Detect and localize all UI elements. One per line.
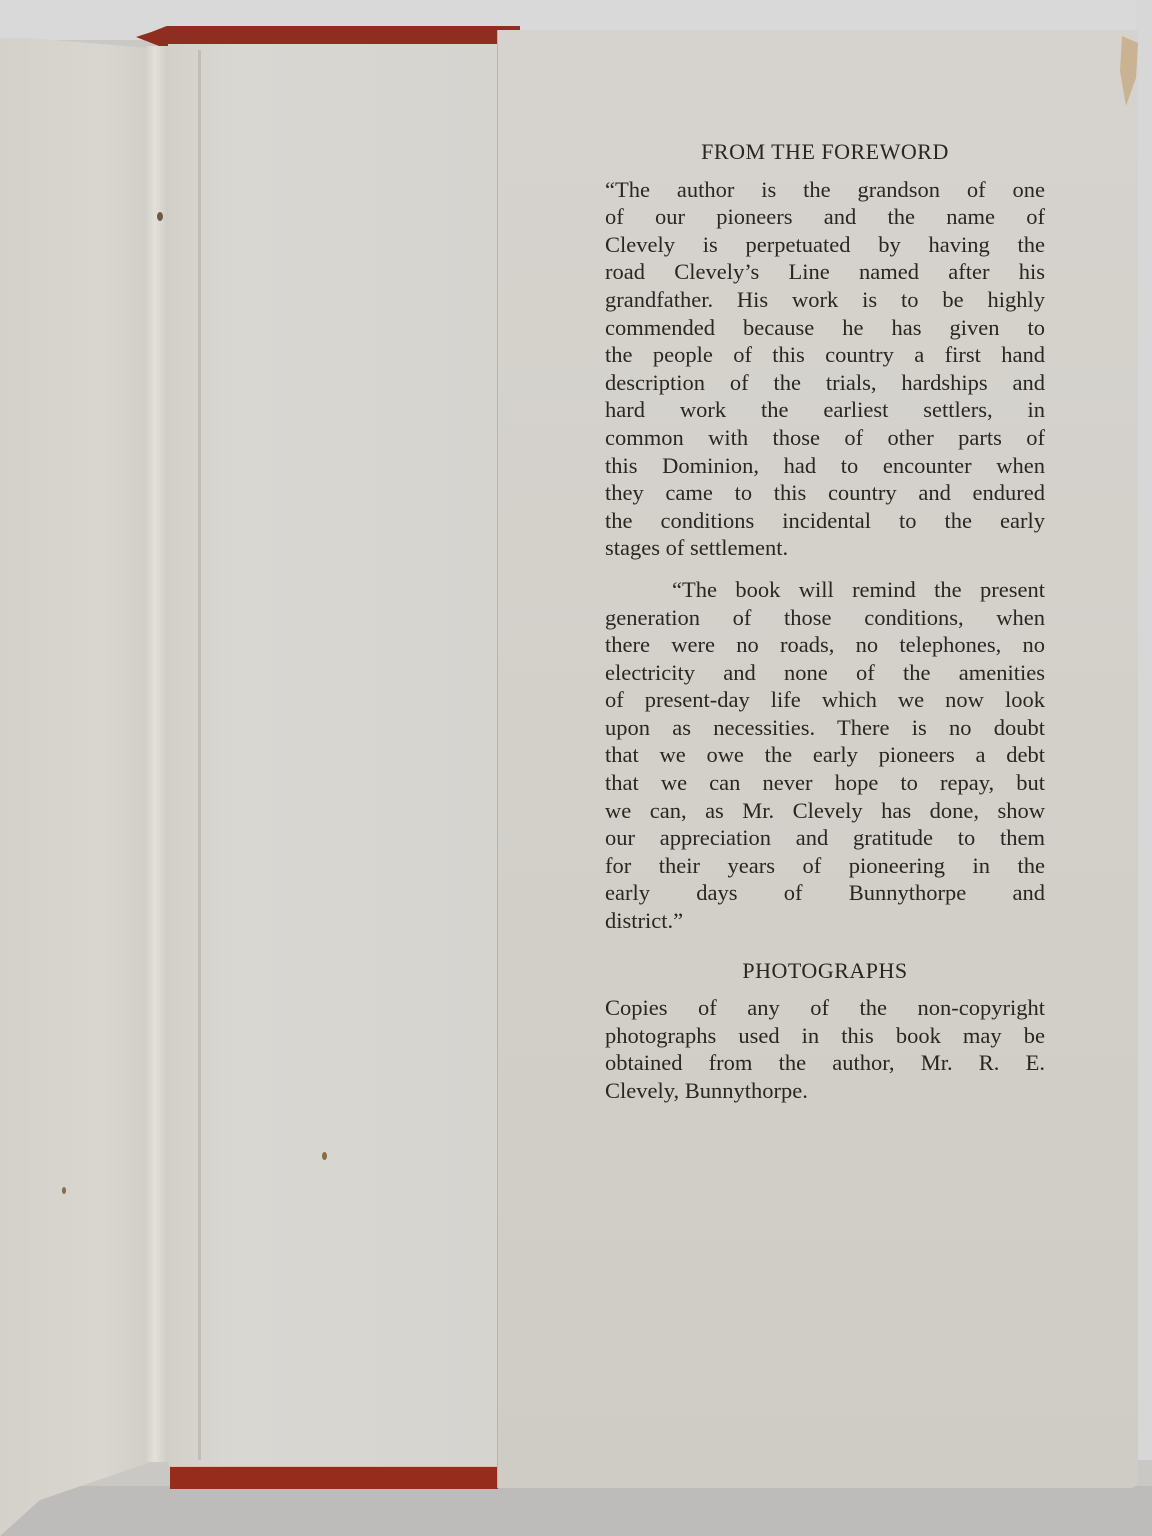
text-line: early days of Bunnythorpe and xyxy=(605,879,1045,907)
cloth-board-top-edge xyxy=(136,26,520,46)
text-line: for their years of pioneering in the xyxy=(605,852,1045,880)
text-line: our appreciation and gratitude to them xyxy=(605,824,1045,852)
text-line: they came to this country and endured xyxy=(605,479,1045,507)
text-line: of our pioneers and the name of xyxy=(605,203,1045,231)
flap-text-block: FROM THE FOREWORD “The author is the gra… xyxy=(605,138,1045,1105)
text-line: “The book will remind the present xyxy=(605,576,1045,604)
foxing-spot xyxy=(62,1187,66,1194)
foxing-spot xyxy=(157,212,163,221)
text-line: we can, as Mr. Clevely has done, show xyxy=(605,797,1045,825)
text-line: Clevely, Bunnythorpe. xyxy=(605,1077,1045,1105)
text-line: district.” xyxy=(605,907,1045,935)
heading-foreword: FROM THE FOREWORD xyxy=(605,138,1045,166)
table-surface xyxy=(0,1486,1152,1536)
text-line: hard work the earliest settlers, in xyxy=(605,396,1045,424)
text-line: commended because he has given to xyxy=(605,314,1045,342)
book-hinge xyxy=(146,46,169,1462)
text-line: Clevely is perpetuated by having the xyxy=(605,231,1045,259)
text-line: “The author is the grandson of one xyxy=(605,176,1045,204)
text-line: obtained from the author, Mr. R. E. xyxy=(605,1049,1045,1077)
text-line: photographs used in this book may be xyxy=(605,1022,1045,1050)
text-line: the conditions incidental to the early xyxy=(605,507,1045,535)
text-line: grandfather. His work is to be highly xyxy=(605,286,1045,314)
endpaper-crease xyxy=(198,50,201,1460)
text-line: there were no roads, no telephones, no xyxy=(605,631,1045,659)
flyleaf-page xyxy=(0,0,148,1536)
foxing-spot xyxy=(322,1152,327,1160)
text-line: description of the trials, hardships and xyxy=(605,369,1045,397)
pastedown-endpaper xyxy=(168,44,500,1466)
text-line: this Dominion, had to encounter when xyxy=(605,452,1045,480)
foreword-paragraph-1: “The author is the grandson of one of ou… xyxy=(605,176,1045,562)
background-wall-right xyxy=(1136,0,1152,1460)
text-line: road Clevely’s Line named after his xyxy=(605,258,1045,286)
text-line: common with those of other parts of xyxy=(605,424,1045,452)
photographs-paragraph: Copies of any of the non-copyright photo… xyxy=(605,994,1045,1104)
text-line: of present-day life which we now look xyxy=(605,686,1045,714)
text-line: generation of those conditions, when xyxy=(605,604,1045,632)
text-line: that we can never hope to repay, but xyxy=(605,769,1045,797)
cloth-board-bottom-edge xyxy=(170,1465,498,1489)
text-line: the people of this country a first hand xyxy=(605,341,1045,369)
text-line: electricity and none of the amenities xyxy=(605,659,1045,687)
heading-photographs: PHOTOGRAPHS xyxy=(605,957,1045,985)
text-line: Copies of any of the non-copyright xyxy=(605,994,1045,1022)
text-line: stages of settlement. xyxy=(605,534,1045,562)
foreword-paragraph-2: “The book will remind the present genera… xyxy=(605,576,1045,935)
text-line: upon as necessities. There is no doubt xyxy=(605,714,1045,742)
text-line: that we owe the early pioneers a debt xyxy=(605,741,1045,769)
